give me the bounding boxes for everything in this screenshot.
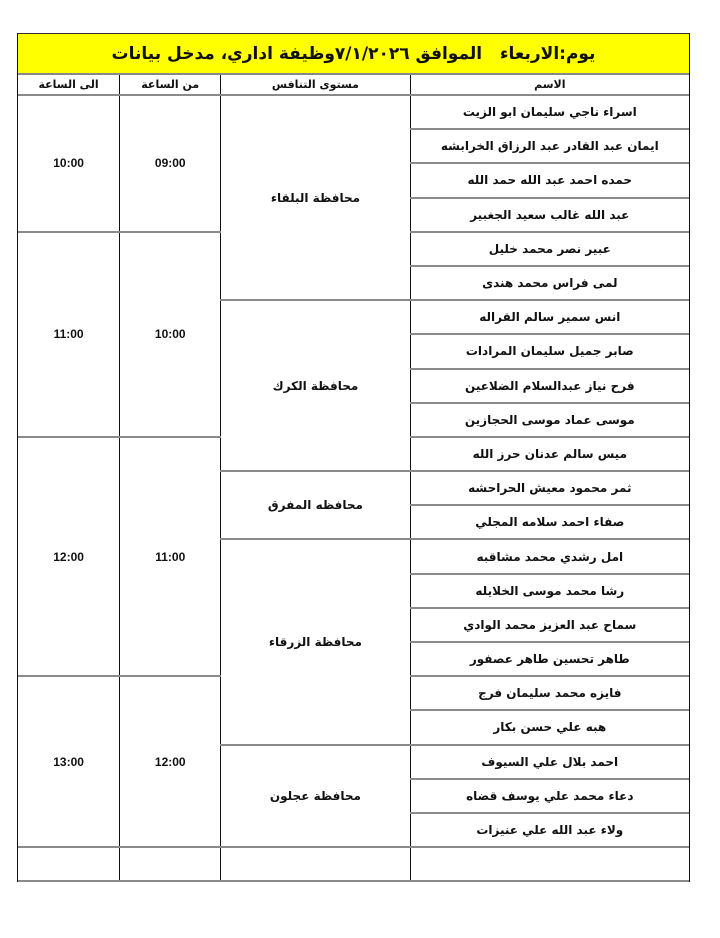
schedule-sheet: يوم:الاربعاء الموافق ٧/١/٢٠٢٦وظيفة اداري…: [17, 33, 690, 882]
from-time-cell: 12:00: [120, 676, 221, 847]
header-row: الاسم مستوى التنافس من الساعة الى الساعة: [18, 75, 689, 95]
competition-level-cell: محافظة الزرقاء: [221, 539, 410, 744]
name-cell: عبير نصر محمد خليل: [410, 232, 689, 266]
competition-level-cell: محافظه المفرق: [221, 471, 410, 539]
name-cell: موسى عماد موسى الحجازين: [410, 403, 689, 437]
name-cell: ثمر محمود معيش الحراحشه: [410, 471, 689, 505]
from-time-cell: 11:00: [120, 437, 221, 676]
competition-level-cell: محافظة عجلون: [221, 745, 410, 848]
name-cell: طاهر تحسين طاهر عصفور: [410, 642, 689, 676]
name-cell: دعاء محمد علي يوسف قضاه: [410, 779, 689, 813]
schedule-body: اسراء ناجي سليمان ابو الزيتمحافظة البلقا…: [18, 95, 689, 881]
to-time-cell: [18, 847, 120, 881]
from-time-cell: 09:00: [120, 95, 221, 232]
header-level: مستوى التنافس: [221, 75, 410, 95]
name-cell: فايزه محمد سليمان فرج: [410, 676, 689, 710]
to-time-cell: 12:00: [18, 437, 120, 676]
name-cell: اسراء ناجي سليمان ابو الزيت: [410, 95, 689, 129]
name-cell: سماح عبد العزيز محمد الوادي: [410, 608, 689, 642]
name-cell: رشا محمد موسى الخلايله: [410, 574, 689, 608]
schedule-title: يوم:الاربعاء الموافق ٧/١/٢٠٢٦وظيفة اداري…: [18, 33, 689, 75]
header-to: الى الساعة: [18, 75, 120, 95]
table-row: [18, 847, 689, 881]
from-time-cell: 10:00: [120, 232, 221, 437]
name-cell: [410, 847, 689, 881]
name-cell: فرح نياز عبدالسلام الضلاعين: [410, 369, 689, 403]
table-row: اسراء ناجي سليمان ابو الزيتمحافظة البلقا…: [18, 95, 689, 129]
to-time-cell: 11:00: [18, 232, 120, 437]
name-cell: انس سمير سالم القراله: [410, 300, 689, 334]
competition-level-cell: محافظة الكرك: [221, 300, 410, 471]
from-time-cell: [120, 847, 221, 881]
name-cell: ميس سالم عدنان حرز الله: [410, 437, 689, 471]
name-cell: امل رشدي محمد مشاقبه: [410, 539, 689, 573]
schedule-table: الاسم مستوى التنافس من الساعة الى الساعة…: [18, 75, 689, 882]
competition-level-cell: [221, 847, 410, 881]
name-cell: لمى فراس محمد هندى: [410, 266, 689, 300]
name-cell: صفاء احمد سلامه المجلي: [410, 505, 689, 539]
header-name: الاسم: [410, 75, 689, 95]
header-from: من الساعة: [120, 75, 221, 95]
name-cell: صابر جميل سليمان المرادات: [410, 334, 689, 368]
to-time-cell: 10:00: [18, 95, 120, 232]
name-cell: عبد الله غالب سعيد الجغبير: [410, 198, 689, 232]
name-cell: ايمان عبد القادر عبد الرزاق الخرابشه: [410, 129, 689, 163]
name-cell: ولاء عبد الله علي عنيزات: [410, 813, 689, 847]
name-cell: حمده احمد عبد الله حمد الله: [410, 163, 689, 197]
name-cell: هبه علي حسن بكار: [410, 710, 689, 744]
to-time-cell: 13:00: [18, 676, 120, 847]
name-cell: احمد بلال علي السيوف: [410, 745, 689, 779]
competition-level-cell: محافظة البلقاء: [221, 95, 410, 300]
